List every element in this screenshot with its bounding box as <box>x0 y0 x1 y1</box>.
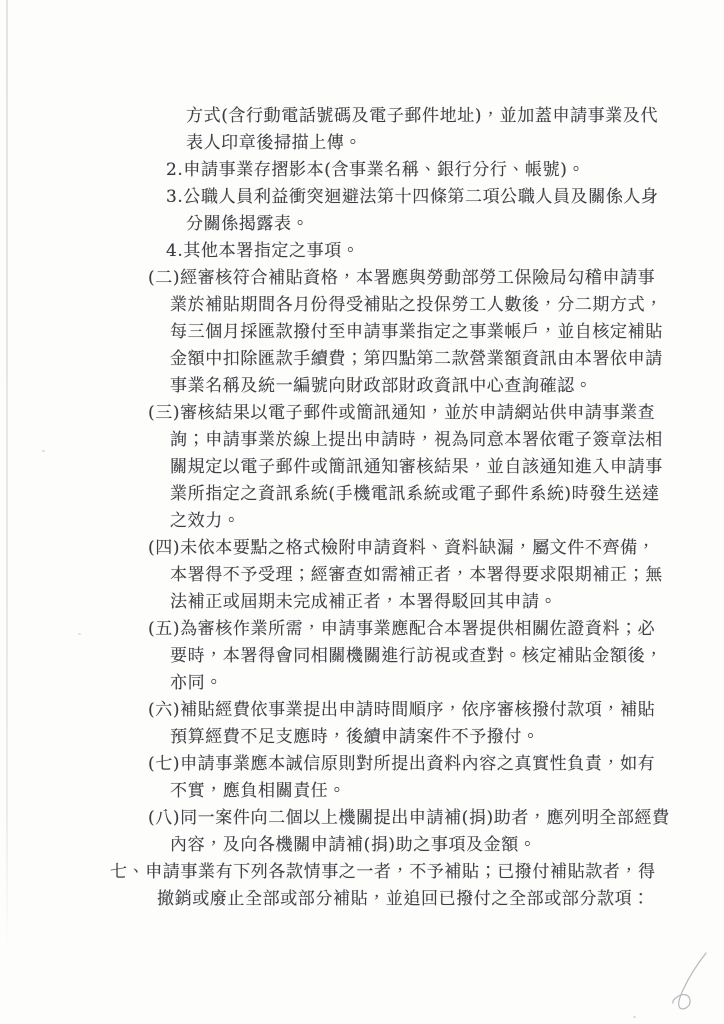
text-line: 詢；申請事業於線上提出申請時，視為同意本署依電子簽章法相 <box>0 427 724 454</box>
text-line: 業於補貼期間各月份得受補貼之投保勞工人數後，分二期方式， <box>0 292 724 319</box>
text-line: 表人印章後掃描上傳。 <box>0 130 724 157</box>
text-line: (五)為審核作業所需，申請事業應配合本署提供相關佐證資料；必 <box>0 616 724 643</box>
text-line: 每三個月採匯款撥付至申請事業指定之事業帳戶，並自核定補貼 <box>0 319 724 346</box>
text-line: (八)同一案件向二個以上機關提出申請補(捐)助者，應列明全部經費 <box>0 805 724 832</box>
document-text-block: 方式(含行動電話號碼及電子郵件地址)，並加蓋申請事業及代表人印章後掃描上傳。2.… <box>0 103 724 913</box>
text-line: 法補正或屆期未完成補正者，本署得駁回其申請。 <box>0 589 724 616</box>
text-line: (七)申請事業應本誠信原則對所提出資料內容之真實性負責，如有 <box>0 751 724 778</box>
text-line: 本署得不予受理；經審查如需補正者，本署得要求限期補正；無 <box>0 562 724 589</box>
text-line: 業所指定之資訊系統(手機電訊系統或電子郵件系統)時發生送達 <box>0 481 724 508</box>
scan-speck <box>42 450 45 452</box>
scanned-document-page: 方式(含行動電話號碼及電子郵件地址)，並加蓋申請事業及代表人印章後掃描上傳。2.… <box>0 0 724 1024</box>
text-line: 亦同。 <box>0 670 724 697</box>
scan-speck <box>633 1016 636 1018</box>
text-line: 2.申請事業存摺影本(含事業名稱、銀行分行、帳號)。 <box>0 157 724 184</box>
scan-speck <box>78 633 81 635</box>
text-line: 預算經費不足支應時，後續申請案件不予撥付。 <box>0 724 724 751</box>
text-line: 撤銷或廢止全部或部分補貼，並追回已撥付之全部或部分款項： <box>0 886 724 913</box>
text-line: 金額中扣除匯款手續費；第四點第二款營業額資訊由本署依申請 <box>0 346 724 373</box>
text-line: 3.公職人員利益衝突迴避法第十四條第二項公職人員及關係人身 <box>0 184 724 211</box>
text-line: 分關係揭露表。 <box>0 211 724 238</box>
text-line: 七、申請事業有下列各款情事之一者，不予補貼；已撥付補貼款者，得 <box>0 859 724 886</box>
text-line: (六)補貼經費依事業提出申請時間順序，依序審核撥付款項，補貼 <box>0 697 724 724</box>
text-line: 不實，應負相關責任。 <box>0 778 724 805</box>
text-line: (二)經審核符合補貼資格，本署應與勞動部勞工保險局勾稽申請事 <box>0 265 724 292</box>
text-line: 關規定以電子郵件或簡訊通知審核結果，並自該通知進入申請事 <box>0 454 724 481</box>
text-line: (四)未依本要點之格式檢附申請資料、資料缺漏，屬文件不齊備， <box>0 535 724 562</box>
text-line: 之效力。 <box>0 508 724 535</box>
text-line: 內容，及向各機關申請補(捐)助之事項及金額。 <box>0 832 724 859</box>
scan-speck <box>604 903 607 906</box>
text-line: 4.其他本署指定之事項。 <box>0 238 724 265</box>
text-line: (三)審核結果以電子郵件或簡訊通知，並於申請網站供申請事業查 <box>0 400 724 427</box>
text-line: 事業名稱及統一編號向財政部財政資訊中心查詢確認。 <box>0 373 724 400</box>
text-line: 方式(含行動電話號碼及電子郵件地址)，並加蓋申請事業及代 <box>0 103 724 130</box>
text-line: 要時，本署得會同相關機關進行訪視或查對。核定補貼金額後， <box>0 643 724 670</box>
